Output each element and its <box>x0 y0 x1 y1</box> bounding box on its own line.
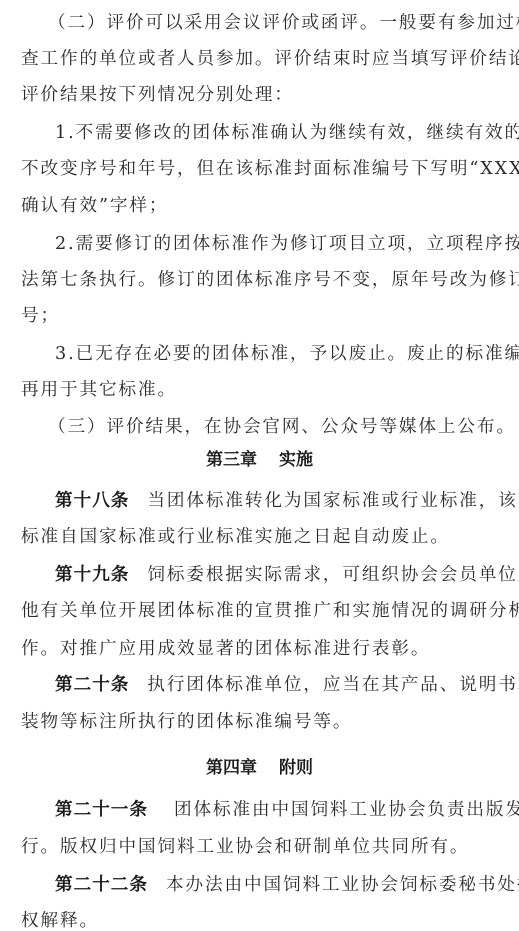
item-1-line-3: 确认有效”字样； <box>21 195 499 217</box>
para-3-line: （三）评价结果，在协会官网、公众号等媒体上公布。 <box>48 416 492 438</box>
para-2-line-1: （二）评价可以采用会议评价或函评。一般要有参加过标准审 <box>48 12 492 34</box>
document-page: （二）评价可以采用会议评价或函评。一般要有参加过标准审 查工作的单位或者人员参加… <box>0 0 519 931</box>
article-18-line-1: 第十八条当团体标准转化为国家标准或行业标准，该团体 <box>55 490 499 512</box>
article-20-text: 执行团体标准单位，应当在其产品、说明书或包 <box>147 675 519 695</box>
item-2-line-1: 2.需要修订的团体标准作为修订项目立项，立项程序按本办 <box>55 233 499 255</box>
article-21-text: 团体标准由中国饲料工业协会负责出版发 <box>174 800 519 820</box>
article-19-line-3: 作。对推广应用成效显著的团体标准进行表彰。 <box>21 638 499 660</box>
para-2-line-3: 评价结果按下列情况分别处理： <box>21 84 499 106</box>
article-19-label: 第十九条 <box>55 565 129 585</box>
article-22-line-1: 第二十二条本办法由中国饲料工业协会饲标委秘书处授 <box>55 874 499 896</box>
article-18-line-2: 标准自国家标准或行业标准实施之日起自动废止。 <box>21 526 499 548</box>
article-22-label: 第二十二条 <box>55 875 148 895</box>
item-2-line-3: 号； <box>21 305 499 327</box>
article-18-label: 第十八条 <box>55 491 129 511</box>
article-20-line-1: 第二十条执行团体标准单位，应当在其产品、说明书或包 <box>55 674 499 696</box>
chapter-3-heading: 第三章实施 <box>0 449 519 471</box>
item-2-line-2: 法第七条执行。修订的团体标准序号不变，原年号改为修订的年 <box>21 269 499 291</box>
item-3-line-1: 3.已无存在必要的团体标准，予以废止。废止的标准编号不 <box>55 343 499 365</box>
article-19-line-2: 他有关单位开展团体标准的宣贯推广和实施情况的调研分析工 <box>21 600 499 622</box>
item-1-line-1: 1.不需要修改的团体标准确认为继续有效，继续有效的标准 <box>55 122 499 144</box>
chapter-4-heading: 第四章附则 <box>0 757 519 779</box>
article-18-text: 当团体标准转化为国家标准或行业标准，该团体 <box>147 491 519 511</box>
article-19-text: 饲标委根据实际需求，可组织协会会员单位及其 <box>147 565 519 585</box>
article-21-line-1: 第二十一条团体标准由中国饲料工业协会负责出版发 <box>55 799 499 821</box>
article-19-line-1: 第十九条饲标委根据实际需求，可组织协会会员单位及其 <box>55 564 499 586</box>
article-21-line-2: 行。版权归中国饲料工业协会和研制单位共同所有。 <box>21 836 499 858</box>
chapter-4-title: 附则 <box>279 758 313 778</box>
chapter-3-number: 第三章 <box>206 450 257 470</box>
article-22-line-2: 权解释。 <box>21 910 499 931</box>
article-22-text: 本办法由中国饲料工业协会饲标委秘书处授 <box>166 875 519 895</box>
item-1-line-2: 不改变序号和年号，但在该标准封面标准编号下写明“XXXX 年 <box>21 158 499 180</box>
para-2-line-2: 查工作的单位或者人员参加。评价结束时应当填写评价结论单。 <box>21 48 499 70</box>
article-21-label: 第二十一条 <box>55 800 148 820</box>
chapter-3-title: 实施 <box>279 450 313 470</box>
article-20-label: 第二十条 <box>55 675 129 695</box>
article-20-line-2: 装物等标注所执行的团体标准编号等。 <box>21 711 499 733</box>
item-3-line-2: 再用于其它标准。 <box>21 379 499 401</box>
chapter-4-number: 第四章 <box>206 758 257 778</box>
